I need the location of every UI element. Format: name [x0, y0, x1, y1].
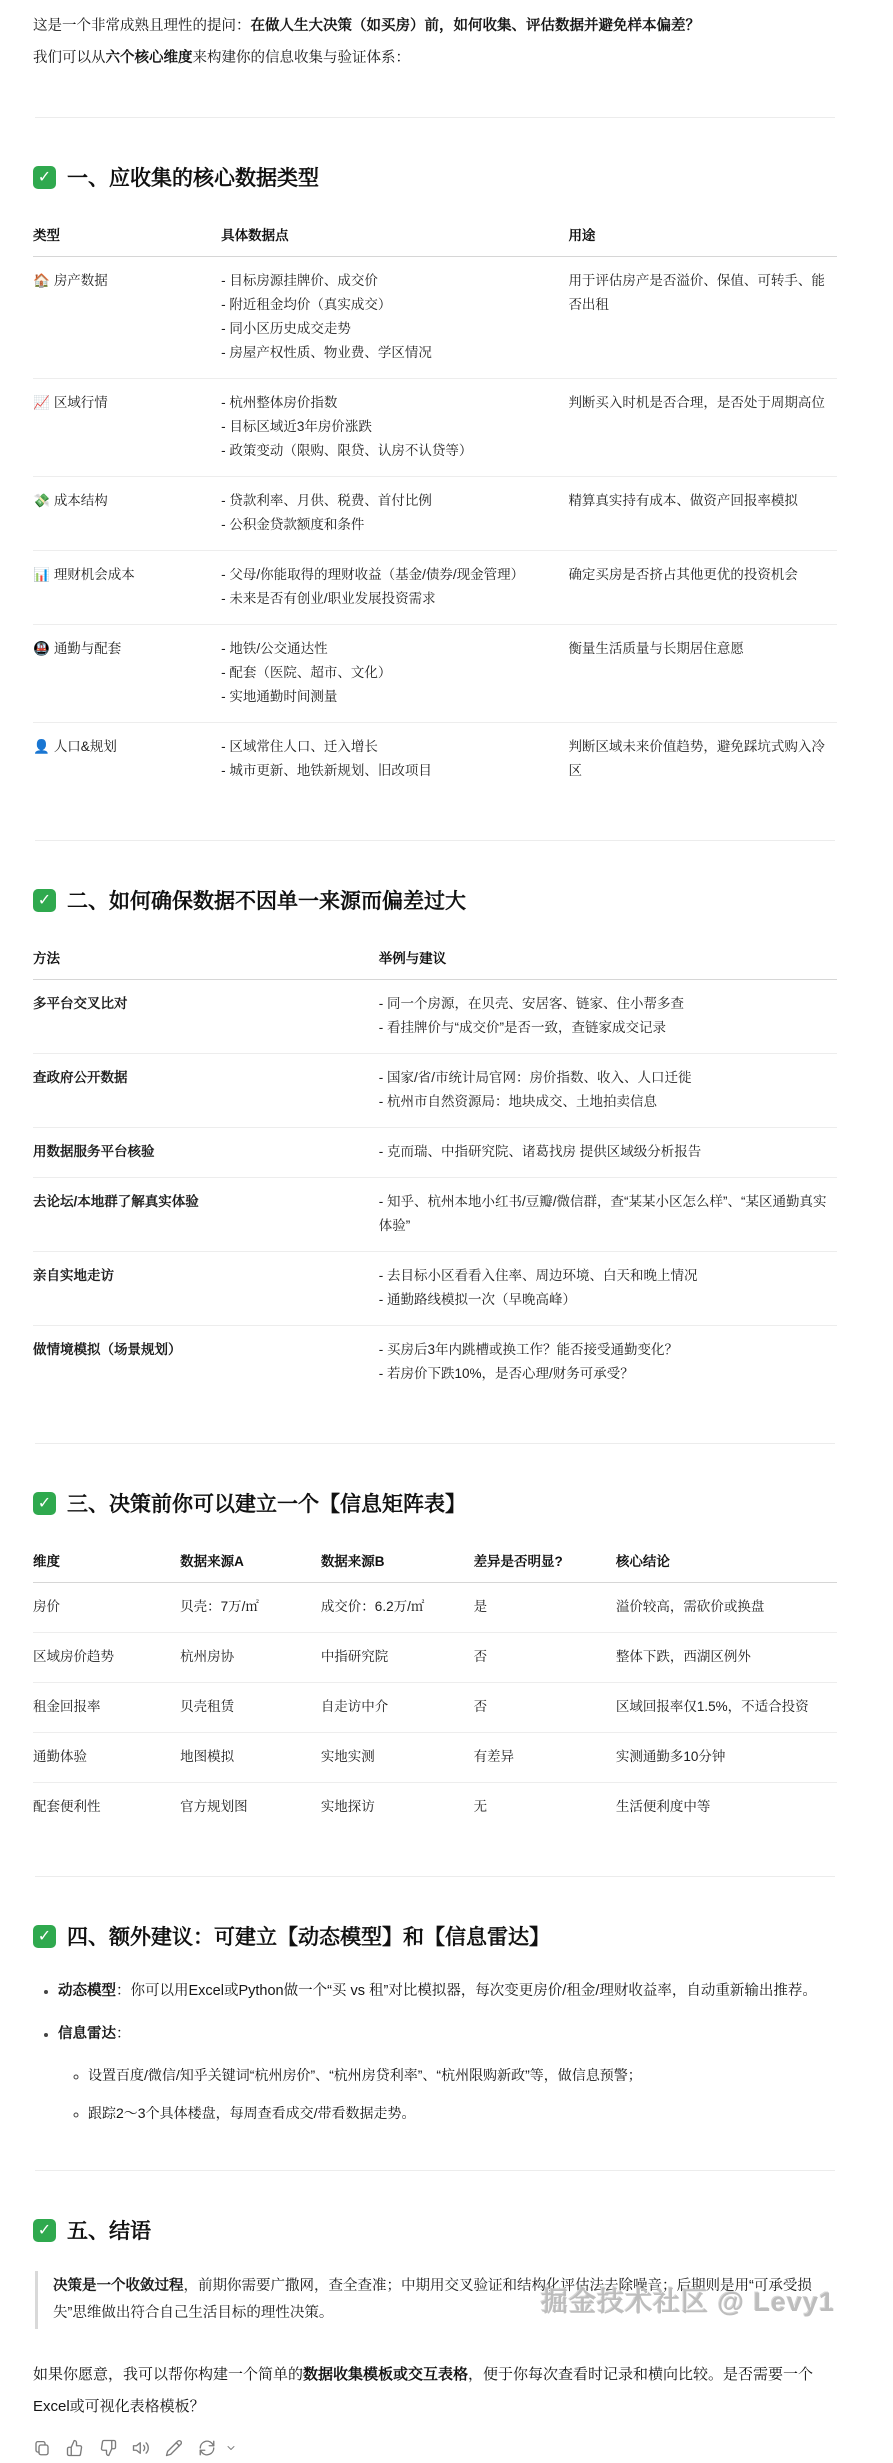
point: - 父母/你能取得的理财收益（基金/债券/现金管理）	[221, 563, 558, 587]
points-cell: - 去目标小区看看入住率、周边环境、白天和晚上情况 - 通勤路线模拟一次（早晚高…	[379, 1252, 837, 1326]
type-label: 成本结构	[54, 493, 108, 508]
point: - 杭州市自然资源局：地块成交、土地拍卖信息	[379, 1090, 827, 1114]
advice-lead: 动态模型	[58, 1983, 116, 1999]
type-cell: 👤人口&规划	[33, 723, 221, 797]
source-b-cell: 实地实测	[321, 1733, 474, 1783]
col-header: 核心结论	[616, 1544, 837, 1583]
section-1-heading: ✓ 一、应收集的核心数据类型	[33, 162, 837, 192]
section-divider	[35, 1443, 835, 1444]
method-cell: 查政府公开数据	[33, 1054, 379, 1128]
regenerate-icon[interactable]	[198, 2439, 216, 2457]
section-1-title: 一、应收集的核心数据类型	[67, 162, 319, 192]
type-cell: 💸成本结构	[33, 477, 221, 551]
check-icon: ✓	[33, 889, 56, 912]
point: - 国家/省/市统计局官网：房价指数、收入、人口迁徙	[379, 1066, 827, 1090]
point: - 未来是否有创业/职业发展投资需求	[221, 587, 558, 611]
dimension-cell: 配套便利性	[33, 1783, 180, 1833]
closing-paragraph: 如果你愿意，我可以帮你构建一个简单的数据收集模板或交互表格，便于你每次查看时记录…	[33, 2359, 833, 2423]
section-2-title: 二、如何确保数据不因单一来源而偏差过大	[67, 885, 466, 915]
conclusion-cell: 区域回报率仅1.5%，不适合投资	[616, 1683, 837, 1733]
point: - 政策变动（限购、限贷、认房不认贷等）	[221, 439, 558, 463]
point: - 通勤路线模拟一次（早晚高峰）	[379, 1288, 827, 1312]
col-header: 维度	[33, 1544, 180, 1583]
col-header: 举例与建议	[379, 941, 837, 980]
data-types-table: 类型 具体数据点 用途 🏠房产数据 - 目标房源挂牌价、成交价 - 附近租金均价…	[33, 218, 837, 796]
points-cell: - 贷款利率、月供、税费、首付比例 - 公积金贷款额度和条件	[221, 477, 568, 551]
type-label: 区域行情	[54, 395, 108, 410]
table-header-row: 类型 具体数据点 用途	[33, 218, 837, 257]
bar-chart-icon: 📊	[33, 567, 50, 582]
chevron-down-icon[interactable]	[231, 2442, 237, 2454]
method-cell: 多平台交叉比对	[33, 980, 379, 1054]
watermark: 掘金技术社区 @ Levy1	[541, 2280, 835, 2319]
points-cell: - 克而瑞、中指研究院、诸葛找房 提供区域级分析报告	[379, 1128, 837, 1178]
method-cell: 亲自实地走访	[33, 1252, 379, 1326]
table-row: 👤人口&规划 - 区域常住人口、迁入增长 - 城市更新、地铁新规划、旧改项目 判…	[33, 723, 837, 797]
point: - 杭州整体房价指数	[221, 391, 558, 415]
copy-icon[interactable]	[33, 2439, 51, 2457]
table-row: 🏠房产数据 - 目标房源挂牌价、成交价 - 附近租金均价（真实成交） - 同小区…	[33, 257, 837, 379]
points-cell: - 杭州整体房价指数 - 目标区域近3年房价涨跌 - 政策变动（限购、限贷、认房…	[221, 379, 568, 477]
point: - 目标房源挂牌价、成交价	[221, 269, 558, 293]
method-cell: 用数据服务平台核验	[33, 1128, 379, 1178]
advice-item-dynamic-model: 动态模型：你可以用Excel或Python做一个“买 vs 租”对比模拟器，每次…	[58, 1977, 837, 2005]
section-5-title: 五、结语	[67, 2215, 151, 2245]
dimension-cell: 区域房价趋势	[33, 1633, 180, 1683]
point: - 同一个房源，在贝壳、安居客、链家、住小帮多查	[379, 992, 827, 1016]
points-cell: - 知乎、杭州本地小红书/豆瓣/微信群，查“某某小区怎么样”、“某区通勤真实体验…	[379, 1178, 837, 1252]
house-icon: 🏠	[33, 273, 50, 288]
conclusion-cell: 实测通勤多10分钟	[616, 1733, 837, 1783]
table-row: 💸成本结构 - 贷款利率、月供、税费、首付比例 - 公积金贷款额度和条件 精算真…	[33, 477, 837, 551]
table-row: 房价 贝壳：7万/㎡ 成交价：6.2万/㎡ 是 溢价较高，需砍价或换盘	[33, 1583, 837, 1633]
diff-cell: 否	[474, 1683, 616, 1733]
col-header: 数据来源A	[180, 1544, 321, 1583]
point: - 知乎、杭州本地小红书/豆瓣/微信群，查“某某小区怎么样”、“某区通勤真实体验…	[379, 1190, 827, 1238]
points-cell: - 同一个房源，在贝壳、安居客、链家、住小帮多查 - 看挂牌价与“成交价”是否一…	[379, 980, 837, 1054]
source-a-cell: 官方规划图	[180, 1783, 321, 1833]
type-label: 房产数据	[54, 273, 108, 288]
table-row: 🚇通勤与配套 - 地铁/公交通达性 - 配套（医院、超市、文化） - 实地通勤时…	[33, 625, 837, 723]
type-label: 通勤与配套	[54, 641, 122, 656]
advice-item-info-radar: 信息雷达： 设置百度/微信/知乎关键词“杭州房价”、“杭州房贷利率”、“杭州限购…	[58, 2020, 837, 2126]
intro-line2-post: 来构建你的信息收集与验证体系：	[193, 50, 411, 66]
usage-cell: 判断区域未来价值趋势，避免踩坑式购入冷区	[568, 723, 837, 797]
advice-sublist: 设置百度/微信/知乎关键词“杭州房价”、“杭州房贷利率”、“杭州限购新政”等，做…	[58, 2062, 837, 2126]
col-header: 数据来源B	[321, 1544, 474, 1583]
section-2-heading: ✓ 二、如何确保数据不因单一来源而偏差过大	[33, 885, 837, 915]
table-row: 亲自实地走访 - 去目标小区看看入住率、周边环境、白天和晚上情况 - 通勤路线模…	[33, 1252, 837, 1326]
points-cell: - 父母/你能取得的理财收益（基金/债券/现金管理） - 未来是否有创业/职业发…	[221, 551, 568, 625]
point: - 看挂牌价与“成交价”是否一致，查链家成交记录	[379, 1016, 827, 1040]
intro-paragraphs: 这是一个非常成熟且理性的提问：在做人生大决策（如买房）前，如何收集、评估数据并避…	[33, 12, 837, 73]
table-row: 📈区域行情 - 杭州整体房价指数 - 目标区域近3年房价涨跌 - 政策变动（限购…	[33, 379, 837, 477]
section-4-title: 四、额外建议：可建立【动态模型】和【信息雷达】	[67, 1921, 550, 1951]
usage-cell: 衡量生活质量与长期居住意愿	[568, 625, 837, 723]
read-aloud-icon[interactable]	[132, 2439, 150, 2457]
points-cell: - 国家/省/市统计局官网：房价指数、收入、人口迁徙 - 杭州市自然资源局：地块…	[379, 1054, 837, 1128]
dimension-cell: 房价	[33, 1583, 180, 1633]
intro-line-1: 这是一个非常成熟且理性的提问：在做人生大决策（如买房）前，如何收集、评估数据并避…	[33, 12, 837, 41]
method-cell: 去论坛/本地群了解真实体验	[33, 1178, 379, 1252]
chart-up-icon: 📈	[33, 395, 50, 410]
thumbs-up-icon[interactable]	[66, 2439, 84, 2457]
advice-subitem: 跟踪2～3个具体楼盘，每周查看成交/带看数据走势。	[88, 2100, 837, 2126]
point: - 去目标小区看看入住率、周边环境、白天和晚上情况	[379, 1264, 827, 1288]
source-b-cell: 实地探访	[321, 1783, 474, 1833]
intro-line1-normal: 这是一个非常成熟且理性的提问：	[33, 18, 251, 34]
money-icon: 💸	[33, 493, 50, 508]
diff-cell: 无	[474, 1783, 616, 1833]
point: - 若房价下跌10%，是否心理/财务可承受？	[379, 1362, 827, 1386]
point: - 同小区历史成交走势	[221, 317, 558, 341]
conclusion-cell: 生活便利度中等	[616, 1783, 837, 1833]
point: - 区域常住人口、迁入增长	[221, 735, 558, 759]
table-header-row: 维度 数据来源A 数据来源B 差异是否明显? 核心结论	[33, 1544, 837, 1583]
section-3-heading: ✓ 三、决策前你可以建立一个【信息矩阵表】	[33, 1488, 837, 1518]
point: - 实地通勤时间测量	[221, 685, 558, 709]
method-cell: 做情境模拟（场景规划）	[33, 1326, 379, 1400]
message-action-bar	[33, 2439, 837, 2457]
type-cell: 🚇通勤与配套	[33, 625, 221, 723]
closing-bold: 数据收集模板或交互表格	[303, 2366, 468, 2383]
edit-icon[interactable]	[165, 2439, 183, 2457]
table-row: 配套便利性 官方规划图 实地探访 无 生活便利度中等	[33, 1783, 837, 1833]
point: - 买房后3年内跳槽或换工作？能否接受通勤变化？	[379, 1338, 827, 1362]
points-cell: - 区域常住人口、迁入增长 - 城市更新、地铁新规划、旧改项目	[221, 723, 568, 797]
source-b-cell: 自走访中介	[321, 1683, 474, 1733]
table-header-row: 方法 举例与建议	[33, 941, 837, 980]
section-divider	[35, 117, 835, 118]
points-cell: - 地铁/公交通达性 - 配套（医院、超市、文化） - 实地通勤时间测量	[221, 625, 568, 723]
intro-line2-pre: 我们可以从	[33, 50, 106, 66]
point: - 贷款利率、月供、税费、首付比例	[221, 489, 558, 513]
dimension-cell: 通勤体验	[33, 1733, 180, 1783]
diff-cell: 是	[474, 1583, 616, 1633]
section-3-title: 三、决策前你可以建立一个【信息矩阵表】	[67, 1488, 466, 1518]
type-cell: 📈区域行情	[33, 379, 221, 477]
col-header: 方法	[33, 941, 379, 980]
point: - 地铁/公交通达性	[221, 637, 558, 661]
table-row: 用数据服务平台核验 - 克而瑞、中指研究院、诸葛找房 提供区域级分析报告	[33, 1128, 837, 1178]
conclusion-cell: 溢价较高，需砍价或换盘	[616, 1583, 837, 1633]
table-row: 去论坛/本地群了解真实体验 - 知乎、杭州本地小红书/豆瓣/微信群，查“某某小区…	[33, 1178, 837, 1252]
intro-line2-bold: 六个核心维度	[106, 50, 193, 66]
table-row: 📊理财机会成本 - 父母/你能取得的理财收益（基金/债券/现金管理） - 未来是…	[33, 551, 837, 625]
points-cell: - 买房后3年内跳槽或换工作？能否接受通勤变化？ - 若房价下跌10%，是否心理…	[379, 1326, 837, 1400]
usage-cell: 用于评估房产是否溢价、保值、可转手、能否出租	[568, 257, 837, 379]
point: - 附近租金均价（真实成交）	[221, 293, 558, 317]
point: - 房屋产权性质、物业费、学区情况	[221, 341, 558, 365]
source-b-cell: 中指研究院	[321, 1633, 474, 1683]
table-row: 租金回报率 贝壳租赁 自走访中介 否 区域回报率仅1.5%，不适合投资	[33, 1683, 837, 1733]
section-5-heading: ✓ 五、结语	[33, 2215, 837, 2245]
check-icon: ✓	[33, 2219, 56, 2242]
info-matrix-table: 维度 数据来源A 数据来源B 差异是否明显? 核心结论 房价 贝壳：7万/㎡ 成…	[33, 1544, 837, 1832]
source-a-cell: 贝壳：7万/㎡	[180, 1583, 321, 1633]
point: - 公积金贷款额度和条件	[221, 513, 558, 537]
diff-cell: 否	[474, 1633, 616, 1683]
conclusion-cell: 整体下跌，西湖区例外	[616, 1633, 837, 1683]
point: - 目标区域近3年房价涨跌	[221, 415, 558, 439]
advice-text: ：你可以用Excel或Python做一个“买 vs 租”对比模拟器，每次变更房价…	[116, 1983, 817, 1999]
dimension-cell: 租金回报率	[33, 1683, 180, 1733]
metro-icon: 🚇	[33, 641, 50, 656]
advice-text: ：	[116, 2026, 131, 2042]
point: - 克而瑞、中指研究院、诸葛找房 提供区域级分析报告	[379, 1140, 827, 1164]
source-a-cell: 贝壳租赁	[180, 1683, 321, 1733]
advice-list: 动态模型：你可以用Excel或Python做一个“买 vs 租”对比模拟器，每次…	[33, 1977, 837, 2126]
type-cell: 📊理财机会成本	[33, 551, 221, 625]
diff-cell: 有差异	[474, 1733, 616, 1783]
quote-lead: 决策是一个收敛过程	[53, 2278, 184, 2294]
section-divider	[35, 2170, 835, 2171]
source-a-cell: 地图模拟	[180, 1733, 321, 1783]
intro-line1-bold: 在做人生大决策（如买房）前，如何收集、评估数据并避免样本偏差？	[251, 18, 701, 34]
usage-cell: 精算真实持有成本、做资产回报率模拟	[568, 477, 837, 551]
table-row: 多平台交叉比对 - 同一个房源，在贝壳、安居客、链家、住小帮多查 - 看挂牌价与…	[33, 980, 837, 1054]
col-header: 具体数据点	[221, 218, 568, 257]
table-row: 区域房价趋势 杭州房协 中指研究院 否 整体下跌，西湖区例外	[33, 1633, 837, 1683]
usage-cell: 判断买入时机是否合理，是否处于周期高位	[568, 379, 837, 477]
usage-cell: 确定买房是否挤占其他更优的投资机会	[568, 551, 837, 625]
type-cell: 🏠房产数据	[33, 257, 221, 379]
table-row: 通勤体验 地图模拟 实地实测 有差异 实测通勤多10分钟	[33, 1733, 837, 1783]
col-header: 用途	[568, 218, 837, 257]
col-header: 类型	[33, 218, 221, 257]
points-cell: - 目标房源挂牌价、成交价 - 附近租金均价（真实成交） - 同小区历史成交走势…	[221, 257, 568, 379]
type-label: 理财机会成本	[54, 567, 135, 582]
source-a-cell: 杭州房协	[180, 1633, 321, 1683]
type-label: 人口&规划	[54, 739, 117, 754]
intro-line-2: 我们可以从六个核心维度来构建你的信息收集与验证体系：	[33, 44, 837, 73]
table-row: 做情境模拟（场景规划） - 买房后3年内跳槽或换工作？能否接受通勤变化？ - 若…	[33, 1326, 837, 1400]
verification-methods-table: 方法 举例与建议 多平台交叉比对 - 同一个房源，在贝壳、安居客、链家、住小帮多…	[33, 941, 837, 1399]
thumbs-down-icon[interactable]	[99, 2439, 117, 2457]
section-divider	[35, 840, 835, 841]
point: - 城市更新、地铁新规划、旧改项目	[221, 759, 558, 783]
check-icon: ✓	[33, 1925, 56, 1948]
advice-subitem: 设置百度/微信/知乎关键词“杭州房价”、“杭州房贷利率”、“杭州限购新政”等，做…	[88, 2062, 837, 2088]
person-icon: 👤	[33, 739, 50, 754]
check-icon: ✓	[33, 166, 56, 189]
source-b-cell: 成交价：6.2万/㎡	[321, 1583, 474, 1633]
section-4-heading: ✓ 四、额外建议：可建立【动态模型】和【信息雷达】	[33, 1921, 837, 1951]
col-header: 差异是否明显?	[474, 1544, 616, 1583]
check-icon: ✓	[33, 1492, 56, 1515]
closing-pre: 如果你愿意，我可以帮你构建一个简单的	[33, 2366, 303, 2383]
table-row: 查政府公开数据 - 国家/省/市统计局官网：房价指数、收入、人口迁徙 - 杭州市…	[33, 1054, 837, 1128]
section-divider	[35, 1876, 835, 1877]
chat-message-page: 这是一个非常成熟且理性的提问：在做人生大决策（如买房）前，如何收集、评估数据并避…	[0, 0, 893, 2463]
advice-lead: 信息雷达	[58, 2026, 116, 2042]
point: - 配套（医院、超市、文化）	[221, 661, 558, 685]
